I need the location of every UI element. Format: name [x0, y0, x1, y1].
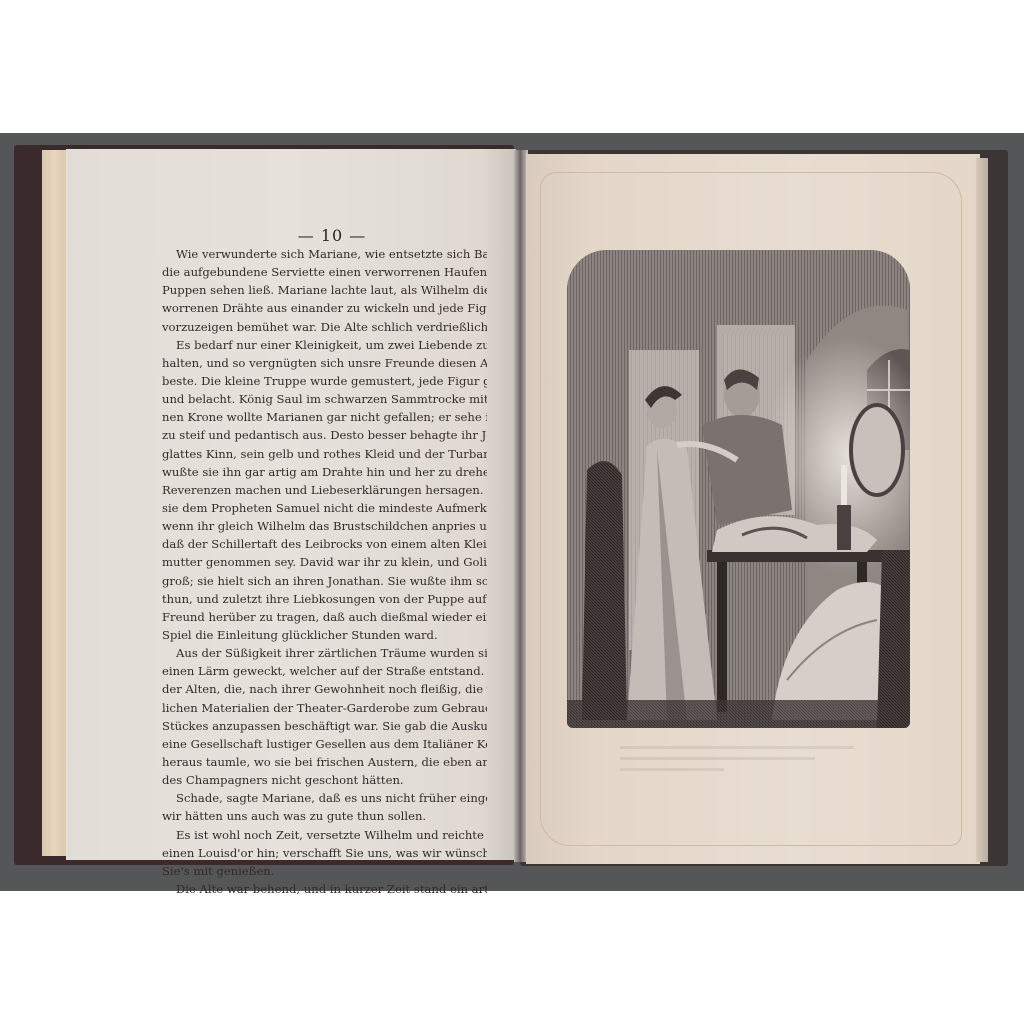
text-line: und belacht. König Saul im schwarzen Sam… — [162, 390, 487, 408]
text-line: Die Alte war behend, und in kurzer Zeit … — [162, 880, 487, 898]
text-line: vorzuzeigen bemühet war. Die Alte schlic… — [162, 318, 487, 336]
text-line: Schade, sagte Mariane, daß es uns nicht … — [162, 789, 487, 807]
text-line: Puppen sehen ließ. Mariane lachte laut, … — [162, 281, 487, 299]
bleed-through-text — [620, 738, 880, 778]
text-line: wußte sie ihn gar artig am Drahte hin un… — [162, 463, 487, 481]
text-line: einen Lärm geweckt, welcher auf der Stra… — [162, 662, 487, 680]
text-line: wenn ihr gleich Wilhelm das Brustschildc… — [162, 517, 487, 535]
text-line: wir hätten uns auch was zu gute thun sol… — [162, 807, 487, 825]
text-line: thun, und zuletzt ihre Liebkosungen von … — [162, 590, 487, 608]
text-line: sie dem Propheten Samuel nicht die minde… — [162, 499, 487, 517]
text-line: Spiel die Einleitung glücklicher Stunden… — [162, 626, 487, 644]
text-line: nen Krone wollte Marianen gar nicht gefa… — [162, 408, 487, 426]
text-line: heraus taumle, wo sie bei frischen Auste… — [162, 753, 487, 771]
text-line: die aufgebundene Serviette einen verworr… — [162, 263, 487, 281]
page-number: — 10 — — [262, 226, 402, 245]
text-line: glattes Kinn, sein gelb und rothes Kleid… — [162, 445, 487, 463]
text-line: Es ist wohl noch Zeit, versetzte Wilhelm… — [162, 826, 487, 844]
text-line: Aus der Süßigkeit ihrer zärtlichen Träum… — [162, 644, 487, 662]
text-line: daß der Schillertaft des Leibrocks von e… — [162, 535, 487, 553]
text-line: des Champagners nicht geschont hätten. — [162, 771, 487, 789]
text-line: groß; sie hielt sich an ihren Jonathan. … — [162, 572, 487, 590]
engraving-illustration-icon — [567, 250, 910, 728]
page-edges-right — [976, 158, 988, 862]
text-line: mutter genommen sey. David war ihr zu kl… — [162, 553, 487, 571]
text-line: Sie's mit genießen. — [162, 862, 487, 880]
body-text: Wie verwunderte sich Mariane, wie entset… — [162, 245, 487, 898]
text-line: einen Louisd'or hin; verschafft Sie uns,… — [162, 844, 487, 862]
text-line: Es bedarf nur einer Kleinigkeit, um zwei… — [162, 336, 487, 354]
text-line: Wie verwunderte sich Mariane, wie entset… — [162, 245, 487, 263]
text-line: Reverenzen machen und Liebeserklärungen … — [162, 481, 487, 499]
text-line: beste. Die kleine Truppe wurde gemustert… — [162, 372, 487, 390]
text-line: halten, und so vergnügten sich unsre Fre… — [162, 354, 487, 372]
text-line: eine Gesellschaft lustiger Gesellen aus … — [162, 735, 487, 753]
text-line: Freund herüber zu tragen, daß auch dießm… — [162, 608, 487, 626]
text-line: worrenen Drähte aus einander zu wickeln … — [162, 299, 487, 317]
text-line: lichen Materialien der Theater-Garderobe… — [162, 699, 487, 717]
text-line: Stückes anzupassen beschäftigt war. Sie … — [162, 717, 487, 735]
text-line: der Alten, die, nach ihrer Gewohnheit no… — [162, 680, 487, 698]
text-line: zu steif und pedantisch aus. Desto besse… — [162, 426, 487, 444]
